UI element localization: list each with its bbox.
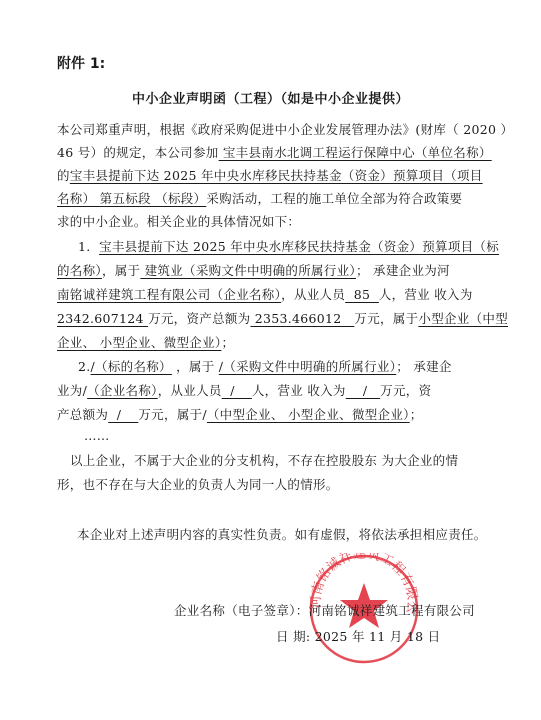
item2-line-1: 2./（标的名称） ，属于 /（采购文件中明确的所属行业）； 承建企 <box>78 357 452 375</box>
item2-line-2: 业为/（企业名称），从业人员 / 人，营业 收入为 / 万元，资 <box>57 381 431 399</box>
signature-company-row: 企业名称（电子签章）：河南铭诚祥建筑工程有限公司 <box>174 601 475 619</box>
item1-company: 南铭诚祥建筑工程有限公司（企业名称） <box>57 287 281 302</box>
document-title: 中小企业声明函（工程）（如是中小企业提供） <box>0 88 541 107</box>
item1-line-1: 1. 宝丰县提前下达 2025 年中央水库移民扶持基金（资金）预算项目（标 <box>78 237 499 255</box>
attachment-label: 附件 1: <box>57 53 105 73</box>
item1-line-5: 企业、 小型企业、微型企业）； <box>57 333 234 351</box>
purchaser-name: 宝丰县南水北调工程运行保障中心（单位名称） <box>219 145 492 160</box>
section-name: 名称） 第五标段 （标段） <box>57 191 206 206</box>
signature-company-name: 河南铭诚祥建筑工程有限公司 <box>309 603 475 618</box>
item1-employees: 85 <box>345 287 379 302</box>
signature-date: 2025 年 11 月 18 日 <box>315 629 441 644</box>
item1-line-2: 的名称），属于 建筑业（采购文件中明确的所属行业）； 承建企业为河 <box>57 261 450 279</box>
closing-line-1: 以上企业，不属于大企业的分支机构，不存在控股股东 为大企业的情 <box>70 451 458 469</box>
item1-industry: 建筑业（采购文件中明确的所属行业） <box>140 263 356 278</box>
signature-date-row: 日 期: 2025 年 11 月 18 日 <box>276 627 440 645</box>
project-name: 宝丰县提前下达 2025 年中央水库移民扶持基金（资金）预算项目（项目 <box>70 168 483 183</box>
intro-line-4: 名称） 第五标段 （标段）采购活动，工程的施工单位全部为符合政策要 <box>57 189 462 207</box>
item1-subject: 宝丰县提前下达 2025 年中央水库移民扶持基金（资金）预算项目（标 <box>99 239 499 254</box>
intro-line-5: 求的中小企业。相关企业的具体情况如下： <box>57 212 300 230</box>
ellipsis: …… <box>84 428 110 443</box>
item1-line-3: 南铭诚祥建筑工程有限公司（企业名称），从业人员 85 人，营业 收入为 <box>57 285 473 303</box>
item2-line-3: 产总额为 / 万元，属于/（中型企业、 小型企业、微型企业）； <box>57 405 423 423</box>
intro-line-2: 46 号）的规定，本公司参加 宝丰县南水北调工程运行保障中心（单位名称） <box>57 143 492 161</box>
intro-line-1: 本公司郑重声明，根据《政府采购促进中小企业发展管理办法》(财库（ 2020 ） <box>57 120 513 138</box>
item1-size: 小型企业（中型 <box>418 311 508 326</box>
intro-line-3: 的宝丰县提前下达 2025 年中央水库移民扶持基金（资金）预算项目（项目 <box>57 166 483 184</box>
item1-revenue: 2342.607124 <box>57 311 148 326</box>
item1-line-4: 2342.607124 万元，资产总额为 2353.466012 万元，属于小型… <box>57 309 508 327</box>
document-page: 附件 1: 中小企业声明函（工程）（如是中小企业提供） 本公司郑重声明，根据《政… <box>0 0 541 720</box>
closing-line-2: 形，也不存在与大企业的负责人为同一人的情形。 <box>57 475 339 493</box>
item1-assets: 2353.466012 <box>250 311 354 326</box>
responsibility-statement: 本企业对上述声明内容的真实性负责。如有虚假，将依法承担相应责任。 <box>77 525 487 543</box>
